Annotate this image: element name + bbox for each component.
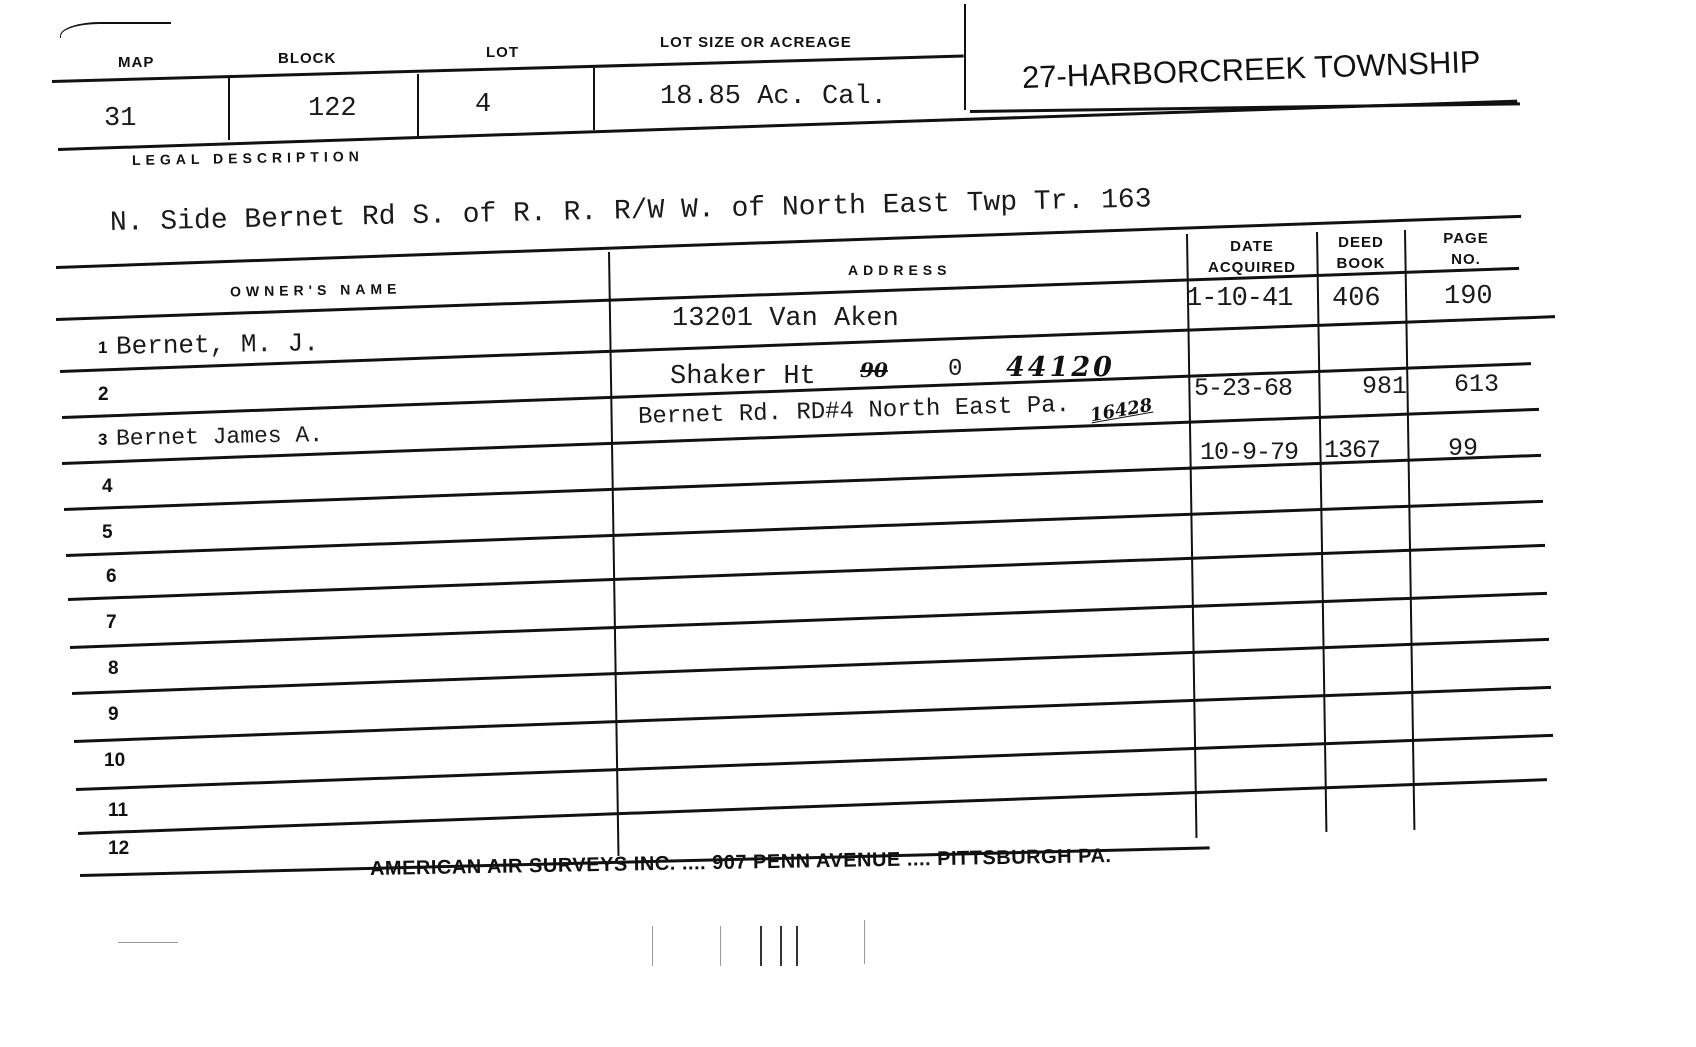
- col-deed-line1: DEED: [1330, 232, 1392, 253]
- label-legal-description: LEGAL DESCRIPTION: [132, 148, 364, 168]
- scan-artifact-bars-1: [652, 926, 653, 966]
- owner-name-1: Bernet, M. J.: [116, 328, 319, 362]
- label-map: MAP: [118, 54, 154, 71]
- scan-artifact-bars-5: [796, 926, 798, 966]
- entry-3-date: 10-9-79: [1200, 438, 1298, 467]
- entry-2-date: 5-23-68: [1194, 374, 1292, 403]
- entry-3-deed-book: 1367: [1324, 436, 1380, 465]
- col-page-line2: NO.: [1436, 249, 1496, 270]
- row-number-8: 8: [108, 658, 119, 680]
- col-address: ADDRESS: [848, 262, 951, 278]
- col-deed-book: DEED BOOK: [1330, 232, 1392, 274]
- address-line-1: 13201 Van Aken: [672, 304, 899, 334]
- rule-row-8: [72, 638, 1549, 695]
- row-number-12: 12: [108, 838, 129, 860]
- label-block: BLOCK: [278, 50, 336, 67]
- col-date-acquired: DATE ACQUIRED: [1200, 236, 1304, 278]
- entry-2-deed-book: 981: [1362, 372, 1407, 401]
- entry-1-deed-book: 406: [1332, 284, 1381, 314]
- row-number-6: 6: [106, 566, 117, 588]
- owner-name-3: Bernet James A.: [116, 422, 323, 452]
- row-number-7: 7: [106, 612, 117, 634]
- value-lot-size: 18.85 Ac. Cal.: [660, 82, 887, 112]
- address-zip-handwritten: 44120: [1006, 352, 1115, 383]
- scan-artifact-bars-4: [780, 926, 782, 966]
- row-number-5: 5: [102, 522, 113, 544]
- row-number-1: 1: [98, 338, 107, 358]
- rule-row-7: [70, 592, 1547, 649]
- entry-1-page: 190: [1444, 282, 1493, 312]
- value-lot: 4: [475, 90, 491, 120]
- scan-artifact-bars-3: [760, 926, 762, 966]
- divider-header-right: [964, 4, 966, 110]
- row-number-11: 11: [108, 800, 128, 822]
- row-number-10: 10: [104, 750, 125, 772]
- col-page-line1: PAGE: [1436, 228, 1496, 249]
- divider-lot-size: [593, 68, 595, 130]
- row-number-2: 2: [98, 384, 109, 406]
- row-number-4: 4: [102, 476, 113, 498]
- row-number-3: 3: [98, 430, 107, 450]
- divider-owner-address: [608, 252, 619, 856]
- legal-description-text: N. Side Bernet Rd S. of R. R. R/W W. of …: [110, 184, 1152, 239]
- label-lot-size: LOT SIZE OR ACREAGE: [660, 34, 852, 51]
- col-page-no: PAGE NO.: [1436, 228, 1496, 270]
- rule-row-10: [76, 734, 1553, 791]
- value-map: 31: [104, 104, 136, 134]
- value-block: 122: [308, 94, 357, 124]
- row-number-9: 9: [108, 704, 119, 726]
- divider-map-block: [228, 78, 230, 140]
- rule-row-9: [74, 686, 1551, 743]
- label-lot: LOT: [486, 44, 519, 61]
- divider-block-lot: [417, 74, 419, 136]
- scan-artifact-left: [118, 942, 178, 943]
- address-zip-prefix: 0: [948, 356, 962, 383]
- publisher-footer: AMERICAN AIR SURVEYS INC. .... 907 PENN …: [370, 845, 1112, 881]
- address-line-3: Bernet Rd. RD#4 North East Pa.: [638, 392, 1071, 431]
- property-record-card: MAP BLOCK LOT LOT SIZE OR ACREAGE 31 122…: [0, 0, 1696, 1047]
- address-struck-number: 90: [860, 358, 888, 382]
- entry-3-page: 99: [1448, 434, 1478, 463]
- entry-2-page: 613: [1454, 370, 1499, 399]
- entry-1-date: 1-10-41: [1186, 284, 1292, 314]
- col-date-line1: DATE: [1200, 236, 1304, 257]
- scan-artifact-bars-2: [720, 926, 721, 966]
- col-owner-name: OWNER'S NAME: [230, 281, 402, 300]
- corner-mark: [60, 22, 171, 38]
- township-title: 27-HARBORCREEK TOWNSHIP: [1021, 44, 1481, 96]
- address-line-2: Shaker Ht: [670, 362, 816, 392]
- scan-artifact-bars-6: [864, 920, 865, 964]
